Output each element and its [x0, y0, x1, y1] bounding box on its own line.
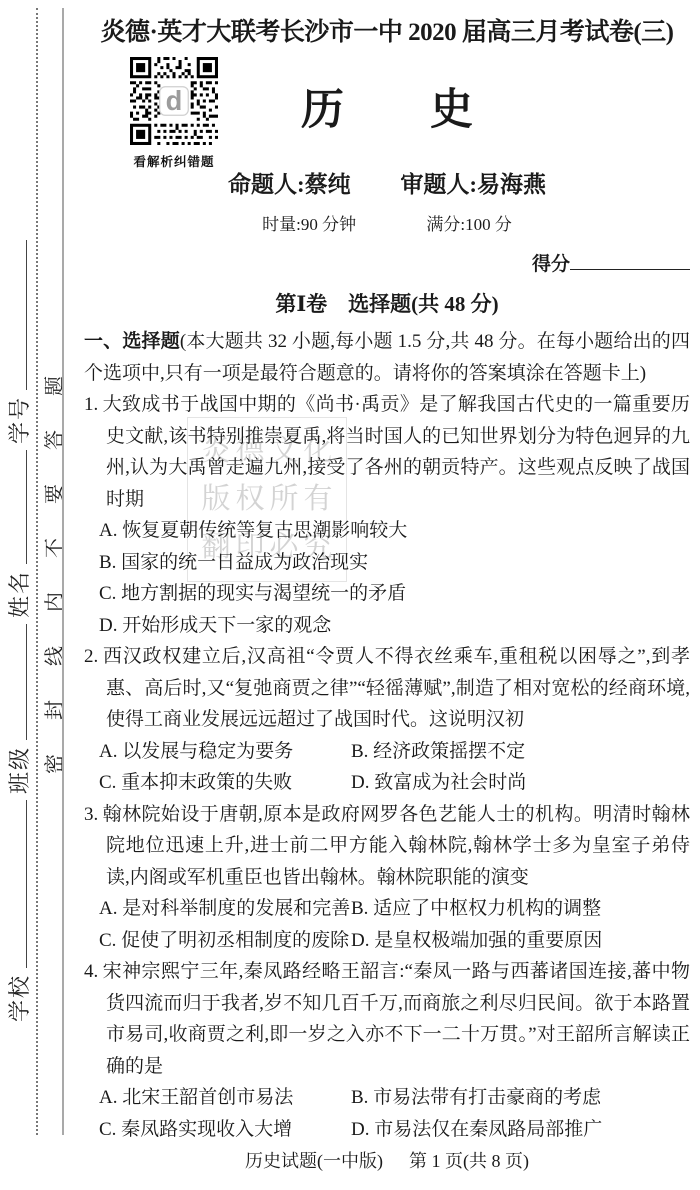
score-label: 得分: [532, 254, 570, 275]
exam-page: 学校班级姓名学号 密封线内不要答题 炎德文化 版权所有 翻印必究 炎德·英才大联…: [0, 0, 700, 1190]
option-b: B. 国家的统一日益成为政治现实: [99, 547, 690, 579]
section-intro: 一、选择题(本大题共 32 小题,每小题 1.5 分,共 48 分。在每小题给出…: [84, 326, 690, 389]
footer-page-label: 第 1 页(共 8 页): [409, 1151, 529, 1171]
option-d: D. 开始形成天下一家的观念: [99, 610, 690, 642]
question-1: 1.大致成书于战国中期的《尚书·禹贡》是了解我国古代史的一篇重要历史文献,该书特…: [84, 389, 690, 641]
question-3: 3.翰林院始设于唐朝,原本是政府网罗各色艺能人士的机构。明清时翰林院地位迅速上升…: [84, 799, 690, 957]
question-stem-text: 大致成书于战国中期的《尚书·禹贡》是了解我国古代史的一篇重要历史文献,该书特别推…: [102, 394, 690, 510]
question-2: 2.西汉政权建立后,汉高祖“令贾人不得衣丝乘车,重租税以困辱之”,到孝惠、高后时…: [84, 641, 690, 799]
option-c: C. 促使了明初丞相制度的废除: [99, 925, 351, 957]
option-c: C. 秦凤路实现收入大增: [99, 1114, 351, 1146]
question-stem: 3.翰林院始设于唐朝,原本是政府网罗各色艺能人士的机构。明清时翰林院地位迅速上升…: [84, 799, 690, 894]
option-a: A. 北宋王韶首创市易法: [99, 1082, 351, 1114]
exam-meta-line: 时量:90 分钟 满分:100 分: [84, 210, 690, 235]
field-school-label: 学校: [7, 974, 32, 1022]
option-b: B. 适应了中枢权力机构的调整: [351, 893, 601, 925]
field-class-label: 班级: [7, 746, 32, 794]
options-list: A. 北宋王韶首创市易法 B. 市易法带有打击豪商的考虑 C. 秦凤路实现收入大…: [84, 1082, 690, 1145]
field-name-label: 姓名: [7, 570, 32, 618]
options-list: A. 是对科举制度的发展和完善 B. 适应了中枢权力机构的调整 C. 促使了明初…: [84, 893, 690, 956]
option-d: D. 是皇权极端加强的重要原因: [351, 925, 602, 957]
question-number: 4.: [84, 961, 98, 982]
option-d: D. 致富成为社会时尚: [351, 767, 526, 799]
option-c: C. 地方割据的现实与渴望统一的矛盾: [99, 578, 690, 610]
options-list: A. 以发展与稳定为要务 B. 经济政策摇摆不定 C. 重本抑末政策的失败 D.…: [84, 736, 690, 799]
option-b: B. 经济政策摇摆不定: [351, 736, 525, 768]
section-heading: 第Ⅰ卷 选择题(共 48 分): [84, 288, 690, 318]
field-number-label: 学号: [7, 396, 32, 444]
question-stem-text: 西汉政权建立后,汉高祖“令贾人不得衣丝乘车,重租税以困辱之”,到孝惠、高后时,又…: [102, 646, 690, 730]
seal-solid-line: [62, 8, 64, 1135]
seal-student-fields: 学校班级姓名学号: [3, 234, 34, 1022]
option-a: A. 是对科举制度的发展和完善: [99, 893, 351, 925]
question-number: 2.: [84, 646, 98, 667]
score-line: 得分: [84, 249, 690, 276]
question-number: 3.: [84, 804, 98, 825]
name-blank-line: [4, 450, 27, 564]
question-number: 1.: [84, 394, 98, 415]
option-d: D. 市易法仅在秦凤路局部推广: [351, 1114, 602, 1146]
question-stem: 1.大致成书于战国中期的《尚书·禹贡》是了解我国古代史的一篇重要历史文献,该书特…: [84, 389, 690, 515]
question-stem: 4.宋神宗熙宁三年,秦凤路经略王韶言:“秦凤一路与西蕃诸国连接,蕃中物货四流而归…: [84, 956, 690, 1082]
option-c: C. 重本抑末政策的失败: [99, 767, 351, 799]
subject-title: 历 史: [84, 76, 690, 137]
question-stem-text: 宋神宗熙宁三年,秦凤路经略王韶言:“秦凤一路与西蕃诸国连接,蕃中物货四流而归于我…: [102, 961, 690, 1077]
question-area: 一、选择题(本大题共 32 小题,每小题 1.5 分,共 48 分。在每小题给出…: [84, 326, 690, 1145]
options-list: A. 恢复夏朝传统等复古思潮影响较大 B. 国家的统一日益成为政治现实 C. 地…: [84, 515, 690, 641]
score-blank-line: [570, 249, 690, 270]
question-4: 4.宋神宗熙宁三年,秦凤路经略王韶言:“秦凤一路与西蕃诸国连接,蕃中物货四流而归…: [84, 956, 690, 1145]
option-a: A. 以发展与稳定为要务: [99, 736, 351, 768]
footer-doc-label: 历史试题(一中版): [245, 1151, 383, 1171]
school-blank-line: [4, 800, 27, 968]
question-stem: 2.西汉政权建立后,汉高祖“令贾人不得衣丝乘车,重租税以困辱之”,到孝惠、高后时…: [84, 641, 690, 736]
page-footer: 历史试题(一中版)第 1 页(共 8 页): [84, 1147, 690, 1173]
exam-series-title: 炎德·英才大联考长沙市一中 2020 届高三月考试卷(三): [84, 12, 690, 48]
reviewer-label: 审题人:易海燕: [400, 172, 546, 197]
class-blank-line: [4, 624, 27, 740]
intro-label: 一、选择题: [84, 331, 180, 352]
total-marks-label: 满分:100 分: [426, 215, 511, 234]
option-a: A. 恢复夏朝传统等复古思潮影响较大: [99, 515, 690, 547]
seal-dotted-line: [36, 8, 38, 1135]
examiner-line: 命题人:蔡纯 审题人:易海燕: [84, 166, 690, 199]
question-stem-text: 翰林院始设于唐朝,原本是政府网罗各色艺能人士的机构。明清时翰林院地位迅速上升,进…: [102, 804, 690, 888]
duration-label: 时量:90 分钟: [262, 215, 356, 234]
number-blank-line: [4, 240, 27, 390]
option-b: B. 市易法带有打击豪商的考虑: [351, 1082, 601, 1114]
setter-label: 命题人:蔡纯: [228, 172, 351, 197]
